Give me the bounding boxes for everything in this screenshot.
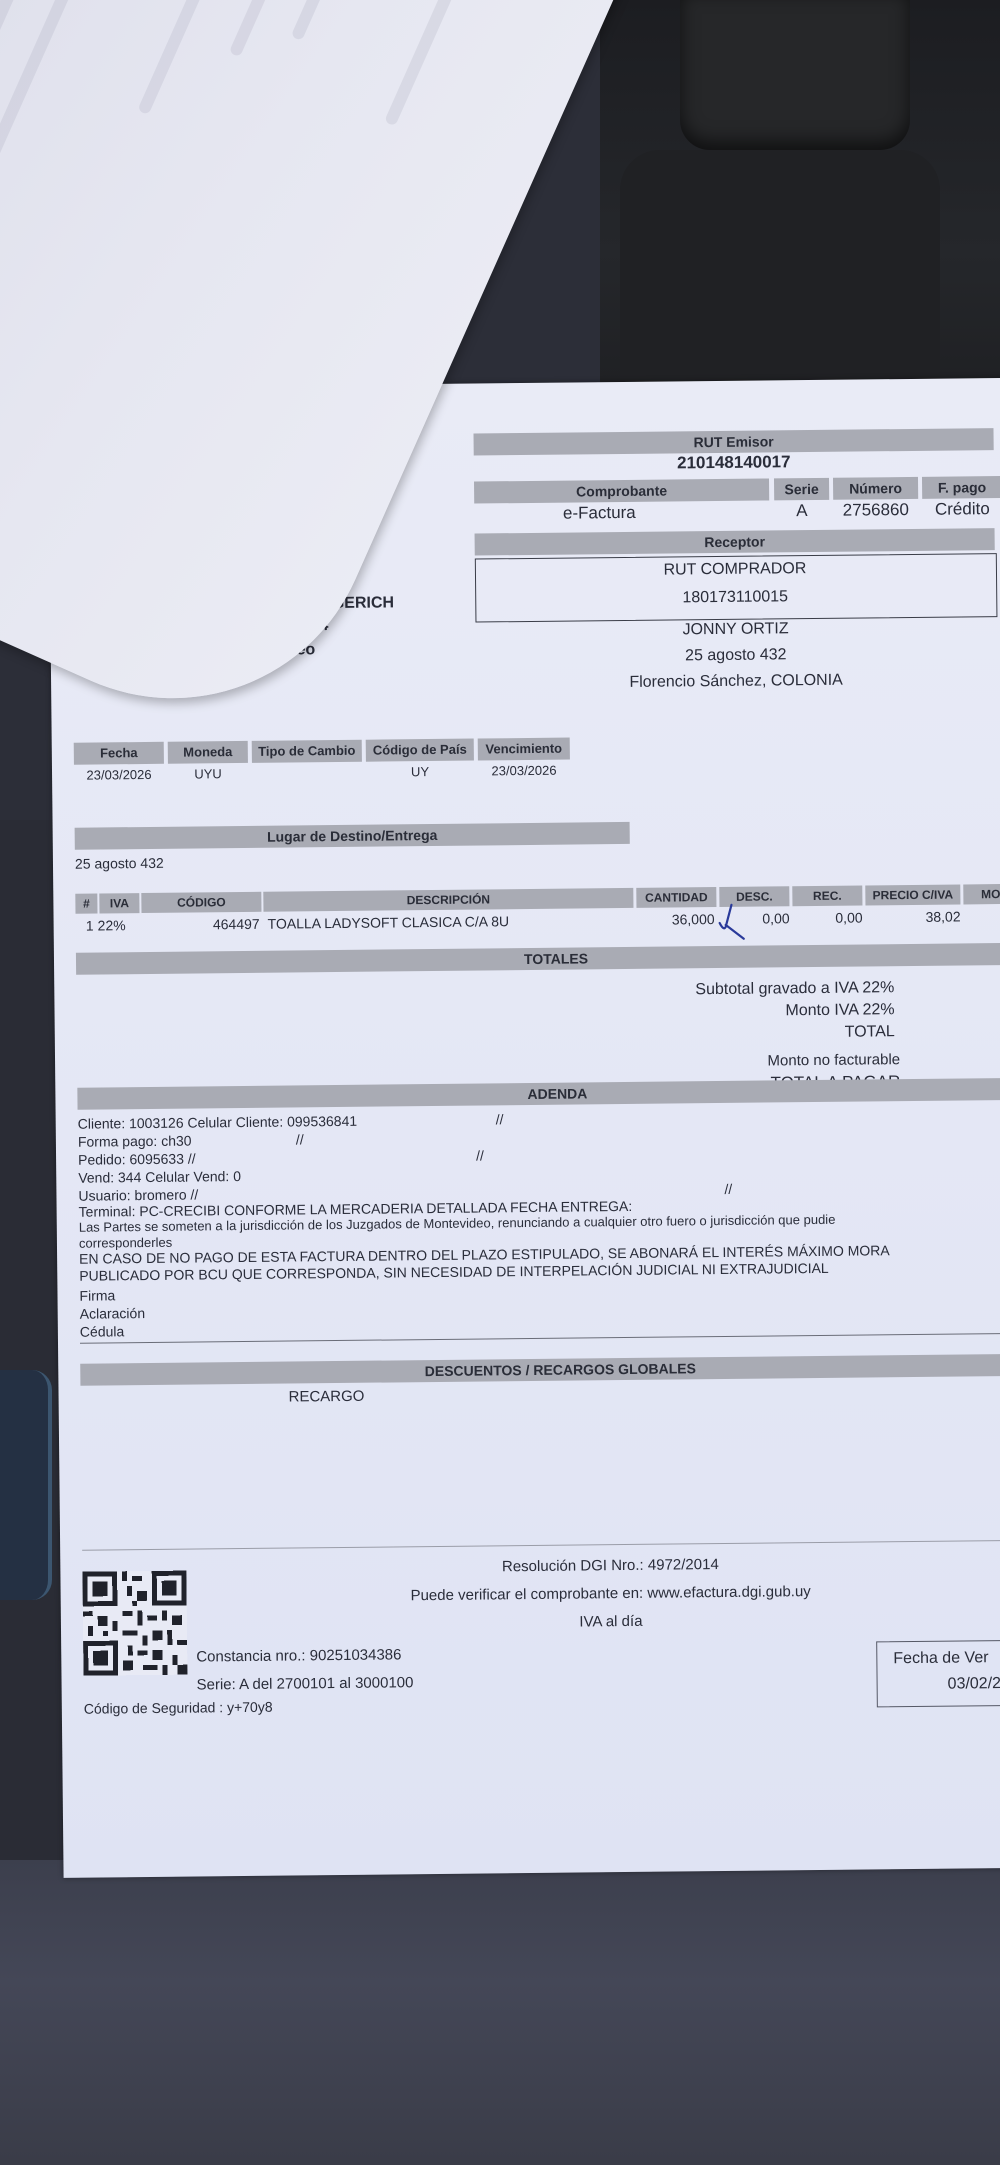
- adenda-separator: //: [496, 1111, 504, 1127]
- iva-al-dia: IVA al día: [461, 1612, 761, 1632]
- col-codigo-header: CÓDIGO: [141, 892, 261, 913]
- total-label: TOTAL: [495, 1023, 895, 1045]
- col-descripcion-header: DESCRIPCIÓN: [263, 888, 633, 912]
- serie-value: A: [774, 501, 829, 522]
- fpago-header: F. pago: [922, 476, 1000, 499]
- codigo-pais-header: Código de País: [366, 739, 474, 762]
- footer-divider: [82, 1540, 1000, 1551]
- receptor-address: 25 agosto 432: [476, 644, 996, 667]
- adenda-separator: //: [296, 1131, 304, 1147]
- recargo-label: RECARGO: [288, 1388, 364, 1406]
- col-rec-header: REC.: [792, 886, 862, 907]
- adenda-header: ADENDA: [77, 1078, 1000, 1110]
- car-seat-background: [600, 0, 1000, 420]
- fecha-value: 23/03/2026: [74, 767, 164, 783]
- monto-iva-value: 24: [944, 990, 1000, 1009]
- descuentos-header: DESCUENTOS / RECARGOS GLOBALES: [80, 1354, 1000, 1386]
- adenda-jurisdiccion-cont: corresponderles: [79, 1235, 172, 1251]
- firma-label: Firma: [79, 1287, 115, 1303]
- destino-header: Lugar de Destino/Entrega: [75, 822, 630, 850]
- adenda-cliente: Cliente: 1003126 Celular Cliente: 099536…: [78, 1113, 358, 1132]
- total-value: 1.36: [945, 1012, 1000, 1031]
- serie-header: Serie: [774, 478, 829, 501]
- adenda-vendedor: Vend: 344 Celular Vend: 0: [78, 1168, 241, 1186]
- item-rec: 0,00: [793, 909, 863, 926]
- vencimiento-header: Vencimiento: [478, 738, 570, 761]
- tipo-cambio-header: Tipo de Cambio: [252, 740, 362, 763]
- item-num: 1: [76, 918, 94, 934]
- rut-emisor-value: 210148140017: [474, 450, 994, 475]
- resolucion-dgi: Resolución DGI Nro.: 4972/2014: [360, 1555, 860, 1577]
- seat-headrest: [680, 0, 910, 150]
- fecha-vencimiento-label: Fecha de Ver: [893, 1649, 988, 1668]
- tipo-cambio-value: [252, 765, 362, 766]
- lap-fabric-background: [0, 1860, 1000, 2165]
- cedula-label: Cédula: [80, 1323, 125, 1339]
- comprobante-value: e-Factura: [474, 502, 724, 525]
- qr-code: [82, 1562, 187, 1685]
- adenda-separator: //: [476, 1147, 484, 1163]
- numero-value: 2756860: [833, 500, 918, 521]
- subtotal-value: 1.12: [944, 968, 1000, 987]
- monto-iva-label: Monto IVA 22%: [494, 1001, 894, 1023]
- subtotal-label: Subtotal gravado a IVA 22%: [494, 979, 894, 1001]
- col-precio-header: PRECIO C/IVA: [865, 884, 960, 905]
- serie-rango: Serie: A del 2700101 al 3000100: [197, 1674, 414, 1693]
- moneda-header: Moneda: [168, 741, 248, 764]
- bag-strap: [0, 1370, 52, 1600]
- adenda-forma-pago: Forma pago: ch30: [78, 1133, 192, 1150]
- item-monto: 1.368: [964, 908, 1000, 925]
- comprobante-header: Comprobante: [474, 478, 769, 503]
- adenda-separator: //: [724, 1181, 732, 1197]
- totales-header: TOTALES: [76, 943, 1000, 975]
- col-cantidad-header: CANTIDAD: [636, 887, 716, 908]
- signature-line: [80, 1333, 1000, 1344]
- constancia-numero: Constancia nro.: 90251034386: [196, 1646, 401, 1665]
- col-num-header: #: [75, 894, 97, 914]
- numero-header: Número: [833, 477, 918, 500]
- moneda-value: UYU: [168, 766, 248, 782]
- fecha-header: Fecha: [74, 742, 164, 765]
- item-cantidad: 36,000: [637, 911, 715, 928]
- adenda-pedido: Pedido: 6095633 //: [78, 1150, 196, 1167]
- item-descripcion: TOALLA LADYSOFT CLASICA C/A 8U: [268, 912, 638, 932]
- fecha-vencimiento-value: 03/02/2: [948, 1675, 1000, 1694]
- item-iva: 22%: [98, 917, 138, 933]
- seat-console: [620, 150, 940, 410]
- receptor-header: Receptor: [475, 528, 995, 555]
- col-monto-header: MONTO: [963, 884, 1000, 905]
- destino-value: 25 agosto 432: [75, 855, 164, 872]
- vencimiento-value: 23/03/2026: [478, 763, 570, 779]
- adenda-usuario: Usuario: bromero //: [78, 1186, 198, 1203]
- fpago-value: Crédito: [922, 499, 1000, 520]
- pen-checkmark-icon: [713, 901, 753, 941]
- codigo-pais-value: UY: [366, 764, 474, 780]
- verificar-comprobante: Puede verificar el comprobante en: www.e…: [311, 1582, 911, 1605]
- col-iva-header: IVA: [99, 893, 139, 913]
- no-facturable-label: Monto no facturable: [500, 1051, 900, 1072]
- item-precio: 38,02: [866, 908, 961, 925]
- codigo-seguridad: Código de Seguridad : y+70y8: [84, 1699, 273, 1717]
- fecha-vencimiento-box: Fecha de Ver 03/02/2: [876, 1640, 1000, 1708]
- receptor-city: Florencio Sánchez, COLONIA: [476, 670, 996, 693]
- aclaracion-label: Aclaración: [80, 1305, 146, 1322]
- item-codigo: 464497: [142, 916, 260, 933]
